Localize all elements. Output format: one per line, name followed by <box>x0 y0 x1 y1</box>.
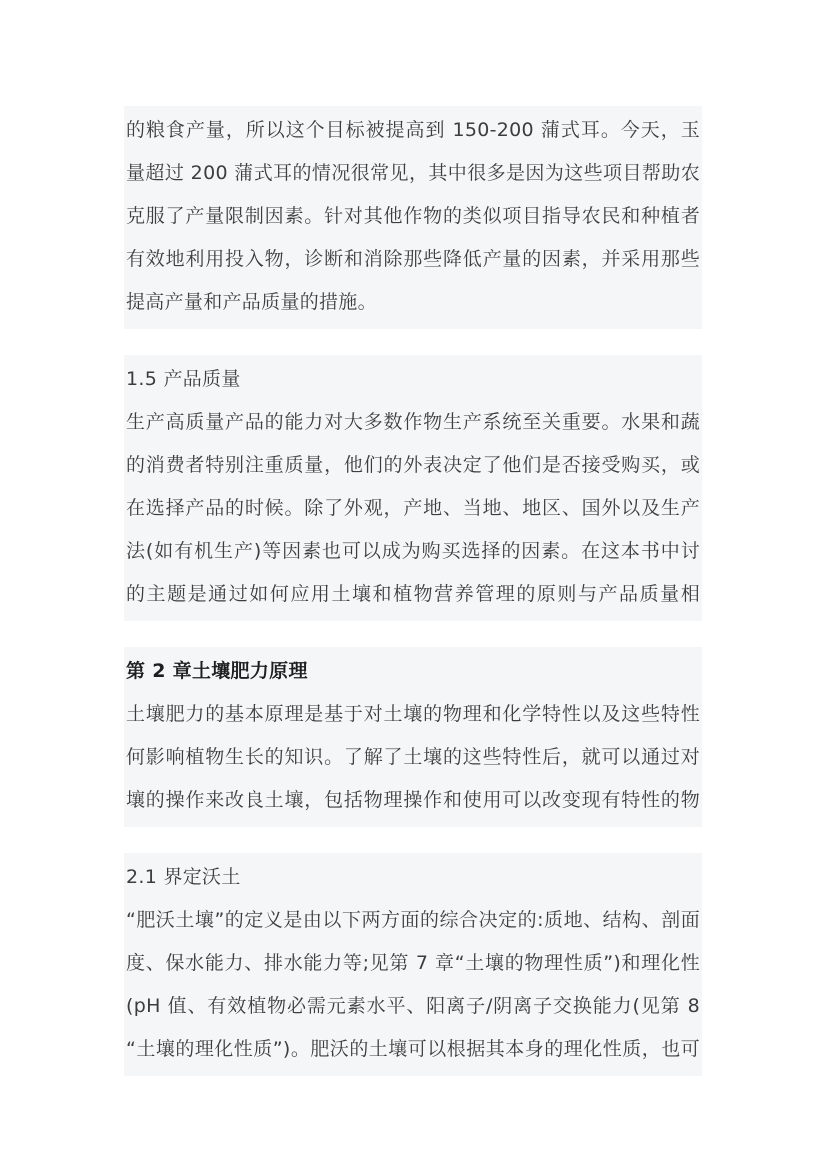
text-line: 1.5 产品质量 <box>126 358 700 401</box>
text-line: “肥沃土壤”的定义是由以下两方面的综合决定的:质地、结构、剖面深 <box>126 899 700 942</box>
section-2-1-defining-fertile-soil: 2.1 界定沃土“肥沃土壤”的定义是由以下两方面的综合决定的:质地、结构、剖面深… <box>124 853 702 1076</box>
text-line: 在选择产品的时候。除了外观，产地、当地、地区、国外以及生产方 <box>126 487 700 530</box>
text-line: 2.1 界定沃土 <box>126 856 700 899</box>
text-line: 生产高质量产品的能力对大多数作物生产系统至关重要。水果和蔬菜 <box>126 401 700 444</box>
text-line: 有效地利用投入物，诊断和消除那些降低产量的因素，并采用那些能 <box>126 238 700 281</box>
chapter-2-soil-fertility-principles: 第 2 章土壤肥力原理土壤肥力的基本原理是基于对土壤的物理和化学特性以及这些特性… <box>124 647 702 827</box>
chapter-heading-line: 第 2 章土壤肥力原理 <box>126 650 700 693</box>
text-line: 土壤肥力的基本原理是基于对土壤的物理和化学特性以及这些特性如 <box>126 693 700 736</box>
text-line: (pH 值、有效植物必需元素水平、阳离子/阴离子交换能力(见第 8 章 <box>126 985 700 1028</box>
text-line: 的消费者特别注重质量，他们的外表决定了他们是否接受购买，或者 <box>126 444 700 487</box>
text-line: 度、保水能力、排水能力等;见第 7 章“土壤的物理性质”)和理化性质 <box>126 942 700 985</box>
document-content: 的粮食产量，所以这个目标被提高到 150-200 蒲式耳。今天，玉米产量超过 2… <box>124 106 702 1076</box>
section-1-5-product-quality: 1.5 产品质量生产高质量产品的能力对大多数作物生产系统至关重要。水果和蔬菜的消… <box>124 355 702 621</box>
text-line: 法(如有机生产)等因素也可以成为购买选择的因素。在这本书中讨论 <box>126 530 700 573</box>
paragraph-grain-yield: 的粮食产量，所以这个目标被提高到 150-200 蒲式耳。今天，玉米产量超过 2… <box>124 106 702 329</box>
text-line: 壤的操作来改良土壤，包括物理操作和使用可以改变现有特性的物质。 <box>126 779 700 822</box>
text-line: 量超过 200 蒲式耳的情况很常见，其中很多是因为这些项目帮助农民 <box>126 152 700 195</box>
text-line: 何影响植物生长的知识。了解了土壤的这些特性后，就可以通过对土 <box>126 736 700 779</box>
text-line: 提高产量和产品质量的措施。 <box>126 281 700 324</box>
text-line: 的粮食产量，所以这个目标被提高到 150-200 蒲式耳。今天，玉米产 <box>126 109 700 152</box>
text-line: 克服了产量限制因素。针对其他作物的类似项目指导农民和种植者更 <box>126 195 700 238</box>
text-line: “土壤的理化性质”)。肥沃的土壤可以根据其本身的理化性质，也可 <box>126 1028 700 1071</box>
text-line: 的主题是通过如何应用土壤和植物营养管理的原则与产品质量相关。 <box>126 573 700 616</box>
